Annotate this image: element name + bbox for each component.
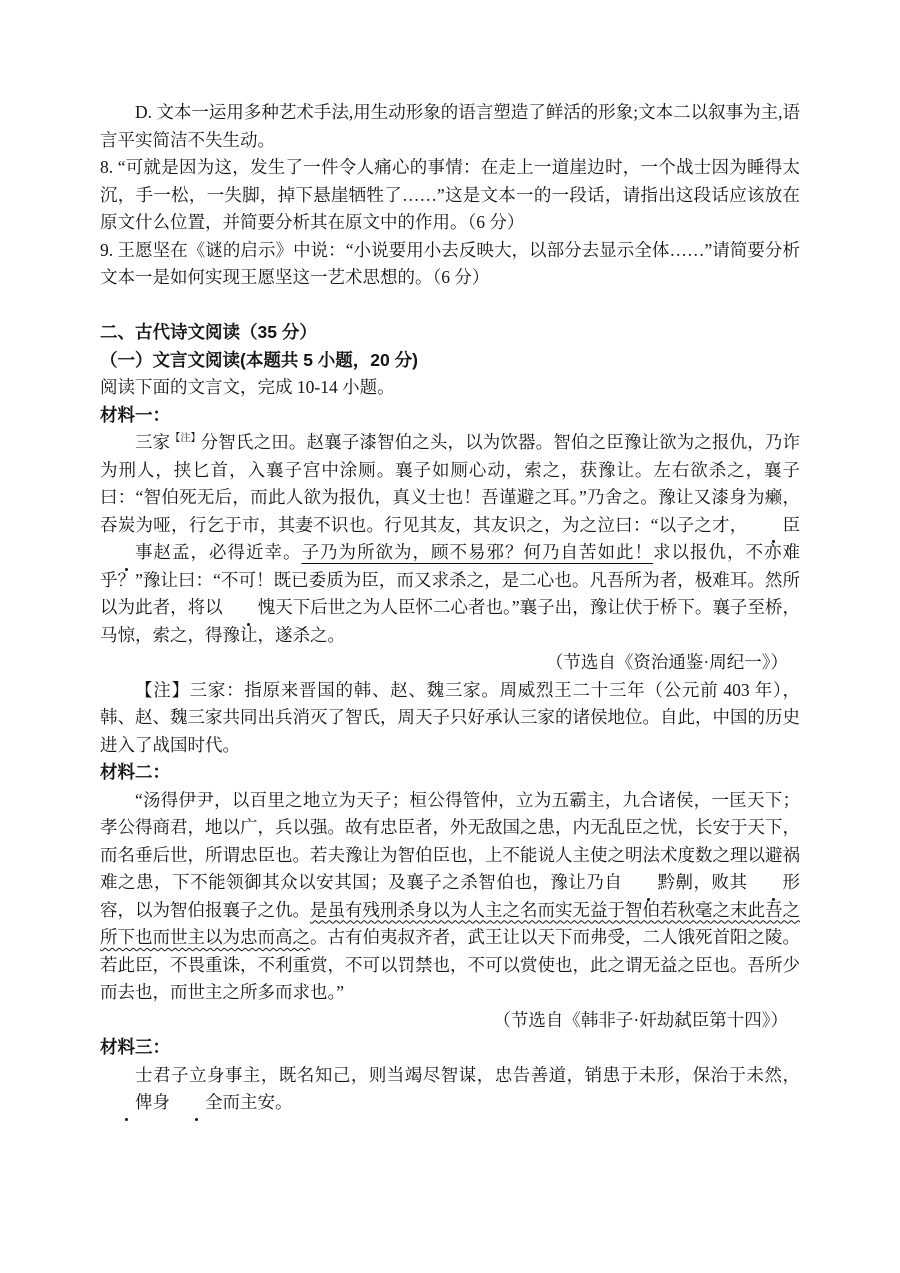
text-segment: 赵孟，必得近幸。	[153, 542, 302, 562]
text-segment: 材料二：	[100, 762, 170, 782]
citation-zizhitongjian: （节选自《资治通鉴·周纪一》）	[100, 649, 800, 677]
text-segment: （节选自《韩非子·奸劫弑臣第十四》）	[493, 1010, 788, 1030]
text-segment: 阅读下面的文言文，完成 10-14 小题。	[100, 377, 395, 397]
text-segment: 劓，败其	[675, 872, 748, 892]
emphasis-dot-char: 全	[170, 1089, 223, 1117]
subsection-heading: （一）文言文阅读(本题共 5 小题，20 分)	[100, 347, 800, 375]
emphasis-dot-char: 臣	[748, 512, 801, 540]
material-3-label: 材料三：	[100, 1034, 800, 1062]
material-1-label: 材料一：	[100, 402, 800, 430]
text-segment: 身	[153, 1092, 171, 1112]
text-segment: 材料一：	[100, 405, 170, 425]
text-segment: 而主安。	[223, 1092, 293, 1112]
emphasis-dot-char: 愧	[223, 594, 276, 622]
text-segment: 容，以为智伯报襄子之仇。	[100, 900, 310, 920]
emphasis-dot-text: 俾	[100, 1092, 153, 1112]
section-heading: 二、古代诗文阅读（35 分）	[100, 319, 800, 347]
emphasis-dot-text: 全	[170, 1092, 223, 1112]
spacer	[100, 292, 800, 320]
material-3-text: 士君子立身事主，既名知己，则当竭尽智谋，忠告善道，销患于未形，保治于未然，俾身全…	[100, 1062, 800, 1117]
text-segment: 9. 王愿坚在《谜的启示》中说：“小说要用小去反映大，以部分去显示全体……”请简…	[100, 240, 800, 288]
text-segment: 【注】三家：指原来晋国的韩、赵、魏三家。周威烈王二十三年（公元前 403 年），…	[100, 680, 800, 755]
emphasis-dot-char: 黔	[622, 869, 675, 897]
citation-hanfeizi: （节选自《韩非子·奸劫弑臣第十四》）	[100, 1007, 800, 1035]
material-1-text: 三家【注】分智氏之田。赵襄子漆智伯之头，以为饮器。智伯之臣豫让欲为之报仇，乃诈为…	[100, 429, 800, 649]
text-segment: 分智氏之田。赵襄子漆智伯之头，以为饮器。智伯之臣豫让欲为之报仇，乃诈为刑人，挟匕…	[100, 432, 800, 535]
text-segment: 8. “可就是因为这，发生了一件令人痛心的事情：在走上一道崖边时，一个战士因为睡…	[100, 157, 800, 232]
emphasis-dot-char: 形	[748, 869, 801, 897]
emphasis-dot-char: 事	[100, 539, 153, 567]
text-segment: D. 文本一运用多种艺术手法,用生动形象的语言塑造了鲜活的形象;文本二以叙事为主…	[100, 102, 800, 150]
exam-page: D. 文本一运用多种艺术手法,用生动形象的语言塑造了鲜活的形象;文本二以叙事为主…	[0, 0, 900, 1273]
emphasis-dot-char: 俾	[100, 1089, 153, 1117]
text-segment: 三家	[135, 432, 170, 452]
footnote: 【注】三家：指原来晋国的韩、赵、魏三家。周威烈王二十三年（公元前 403 年），…	[100, 677, 800, 760]
text-segment: 士君子立身事主，既名知己，则当竭尽智谋，忠告善道，销患于未形，保治于未然，	[135, 1065, 800, 1085]
text-segment: 材料三：	[100, 1037, 170, 1057]
material-2-label: 材料二：	[100, 759, 800, 787]
option-d: D. 文本一运用多种艺术手法,用生动形象的语言塑造了鲜活的形象;文本二以叙事为主…	[100, 99, 800, 154]
emphasis-dot-text: 形	[748, 872, 801, 892]
emphasis-dot-text: 愧	[223, 597, 276, 617]
footnote-marker: 【注】	[170, 433, 200, 444]
emphasis-dot-text: 黔	[622, 872, 675, 892]
instruction-line: 阅读下面的文言文，完成 10-14 小题。	[100, 374, 800, 402]
underlined-text: 子乃为所欲为，顾不易邪？何乃自苦如此！	[302, 542, 654, 562]
question-9: 9. 王愿坚在《谜的启示》中说：“小说要用小去反映大，以部分去显示全体……”请简…	[100, 237, 800, 292]
text-segment: （一）文言文阅读(本题共 5 小题，20 分)	[100, 350, 418, 370]
text-segment: （节选自《资治通鉴·周纪一》）	[546, 652, 788, 672]
text-segment: 二、古代诗文阅读（35 分）	[100, 322, 317, 342]
question-8: 8. “可就是因为这，发生了一件令人痛心的事情：在走上一道崖边时，一个战士因为睡…	[100, 154, 800, 237]
document-body: D. 文本一运用多种艺术手法,用生动形象的语言塑造了鲜活的形象;文本二以叙事为主…	[0, 0, 900, 1117]
material-2-text: “汤得伊尹，以百里之地立为天子；桓公得管仲，立为五霸主，九合诸侯，一匡天下；孝公…	[100, 787, 800, 1007]
